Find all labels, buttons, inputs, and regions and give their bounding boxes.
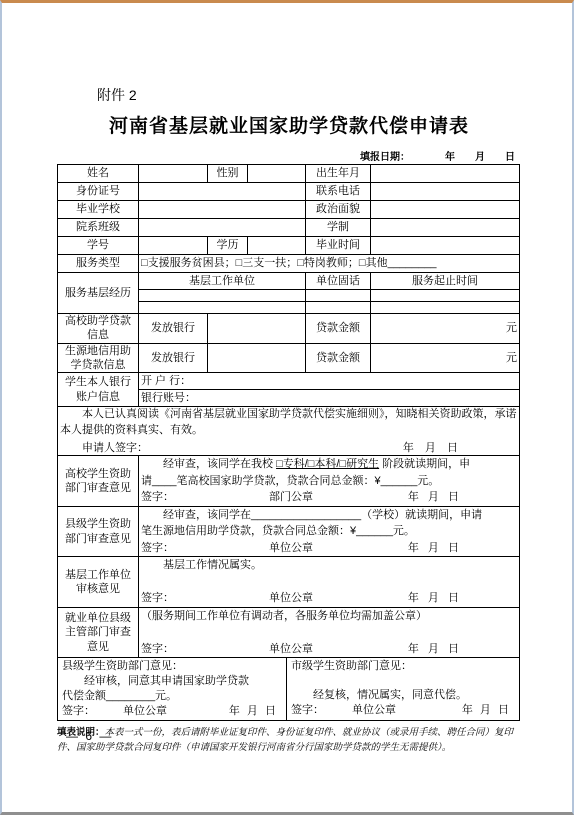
degree-checkbox-options: □专科/□本科/□研究生 <box>276 458 379 470</box>
sign-label: 签字： <box>291 703 324 718</box>
date-label: 年 月 日 <box>229 704 278 719</box>
row-origin-loan: 生源地信用助学贷款信息 发放银行 贷款金额 元 <box>58 343 520 373</box>
pledge-sign-line: 申请人签字： 年 月 日 <box>60 441 517 455</box>
student-no-label: 学号 <box>58 237 139 255</box>
sign-label: 签字： <box>62 704 95 719</box>
final-county-opinion: 县级学生资助部门意见： 经审核，同意其申请国家助学贷款 代偿金额________… <box>58 658 287 720</box>
document-page: 附件 2 河南省基层就业国家助学贷款代偿申请表 填报日期： 年 月 日 姓名 性… <box>0 0 574 815</box>
college-loan-amount-value-cell: 元 <box>371 314 520 344</box>
phone-value-cell <box>371 183 520 201</box>
student-no-value-cell <box>139 237 208 255</box>
date-label: 年 月 日 <box>462 703 511 718</box>
gender-label: 性别 <box>208 165 248 183</box>
origin-loan-amount-value-cell: 元 <box>371 343 520 373</box>
row-name-gender-birth: 姓名 性别 出生年月 <box>58 165 520 183</box>
final-city-opinion: 市级学生资助部门意见： 经复核，情况属实，同意代偿。 签字： 单位公章 年 月 … <box>287 658 519 720</box>
final-county-sign-line: 签字： 单位公章 年 月 日 <box>62 704 282 719</box>
college-loan-amount-label: 贷款金额 <box>306 314 371 344</box>
birth-label: 出生年月 <box>306 165 371 183</box>
pledge-text: 本人已认真阅读《河南省基层就业国家助学贷款代偿实施细则》，知晓相关资助政策，承诺… <box>60 407 517 439</box>
origin-loan-bank-value-cell <box>208 343 306 373</box>
review-county-sign-line: 签字： 单位公章 年 月 日 <box>141 540 517 557</box>
review-unit-label: 基层工作单位审核意见 <box>58 557 139 608</box>
final-opinions-cell: 县级学生资助部门意见： 经审核，同意其申请国家助学贷款 代偿金额________… <box>58 658 520 721</box>
degree-label: 学历 <box>208 237 248 255</box>
degree-value-cell <box>248 237 306 255</box>
department-label: 院系班级 <box>58 219 139 237</box>
account-bank-line: 开 户 行： <box>139 373 520 390</box>
duration-label: 学制 <box>306 219 371 237</box>
sign-label: 签字： <box>141 540 174 557</box>
birth-value-cell <box>371 165 520 183</box>
page-title: 河南省基层就业国家助学贷款代偿申请表 <box>57 111 521 138</box>
row-final-opinions: 县级学生资助部门意见： 经审核，同意其申请国家助学贷款 代偿金额________… <box>58 658 520 721</box>
review-county-content: 经审查，该同学在__________________（学校）就读期间，申请 笔生… <box>139 506 520 557</box>
unit-phone-value-cell-2 <box>306 302 371 314</box>
phone-label: 联系电话 <box>306 183 371 201</box>
row-service-exp-header: 服务基层经历 基层工作单位 单位固话 服务起止时间 <box>58 273 520 290</box>
seal-label: 单位公章 <box>352 703 396 718</box>
political-value-cell <box>371 201 520 219</box>
service-type-label: 服务类型 <box>58 255 139 273</box>
date-label: 年 月 日 <box>408 540 462 557</box>
row-pledge: 本人已认真阅读《河南省基层就业国家助学贷款代偿实施细则》，知晓相关资助政策，承诺… <box>58 407 520 456</box>
seal-label: 单位公章 <box>269 641 313 658</box>
date-label: 年 月 日 <box>408 641 462 658</box>
footnote-text: 本表一式一份，表后请附毕业证复印件、身份证复印件、就业协议（或录用手续、聘任合同… <box>57 727 513 753</box>
application-form-table: 姓名 性别 出生年月 身份证号 联系电话 毕业学校 政治面貌 院系班级 <box>57 164 520 721</box>
row-review-college: 高校学生资助部门审查意见 经审查，该同学在我校 □专科/□本科/□研究生 阶段就… <box>58 456 520 507</box>
review-supervisor-line1: （服务期间工作单位有调动者，各服务单位均需加盖公章） <box>141 608 517 625</box>
origin-loan-amount-label: 贷款金额 <box>306 343 371 373</box>
account-info-label: 学生本人银行账户信息 <box>58 373 139 407</box>
grad-time-value-cell <box>371 237 520 255</box>
unit-phone-column-header: 单位固话 <box>306 273 371 290</box>
sign-label: 签字： <box>141 641 174 658</box>
seal-label: 单位公章 <box>269 540 313 557</box>
id-number-label: 身份证号 <box>58 183 139 201</box>
final-county-title: 县级学生资助部门意见： <box>62 659 282 674</box>
review-unit-spacer <box>141 574 517 591</box>
review-college-content: 经审查，该同学在我校 □专科/□本科/□研究生 阶段就读期间，申 请____笔高… <box>139 456 520 507</box>
row-review-supervisor: 就业单位县级主管部门审查意见 （服务期间工作单位有调动者，各服务单位均需加盖公章… <box>58 607 520 658</box>
footnote: 填表说明：本表一式一份，表后请附毕业证复印件、身份证复印件、就业协议（或录用手续… <box>57 725 519 755</box>
origin-loan-label: 生源地信用助学贷款信息 <box>58 343 139 373</box>
duration-value-cell <box>371 219 520 237</box>
review-supervisor-sign-line: 签字： 单位公章 年 月 日 <box>141 641 517 658</box>
service-exp-label: 服务基层经历 <box>58 273 139 314</box>
row-account-bank: 学生本人银行账户信息 开 户 行： <box>58 373 520 390</box>
final-county-line2: 代偿金额________元。 <box>62 689 282 704</box>
applicant-sign-label: 申请人签字： <box>82 441 148 455</box>
service-type-options: □支援服务贫困县；□三支一扶；□特岗教师；□其他________ <box>139 255 520 273</box>
page-content: 附件 2 河南省基层就业国家助学贷款代偿申请表 填报日期： 年 月 日 姓名 性… <box>57 85 521 756</box>
work-unit-value-cell-1 <box>139 290 306 302</box>
grad-school-label: 毕业学校 <box>58 201 139 219</box>
pledge-date: 年 月 日 <box>403 441 462 455</box>
review-college-label: 高校学生资助部门审查意见 <box>58 456 139 507</box>
sign-label: 签字： <box>141 590 174 607</box>
final-city-sign-line: 签字： 单位公章 年 月 日 <box>291 703 515 718</box>
final-county-line1: 经审核，同意其申请国家助学贷款 <box>62 674 282 689</box>
service-period-value-cell-2 <box>371 302 520 314</box>
work-unit-value-cell-2 <box>139 302 306 314</box>
review-supervisor-spacer <box>141 624 517 641</box>
grad-time-label: 毕业时间 <box>306 237 371 255</box>
id-number-value-cell <box>139 183 306 201</box>
review-college-line1: 经审查，该同学在我校 □专科/□本科/□研究生 阶段就读期间，申 <box>141 456 517 473</box>
sign-label: 签字： <box>141 489 174 506</box>
final-city-title: 市级学生资助部门意见： <box>291 659 515 674</box>
final-opinions-wrap: 县级学生资助部门意见： 经审核，同意其申请国家助学贷款 代偿金额________… <box>58 658 519 720</box>
review-county-line2: 笔生源地信用助学贷款，贷款合同总金额：¥______元。 <box>141 523 517 540</box>
row-studentno-degree-gradtime: 学号 学历 毕业时间 <box>58 237 520 255</box>
college-loan-bank-label: 发放银行 <box>139 314 208 344</box>
review-county-label: 县级学生资助部门审查意见 <box>58 506 139 557</box>
row-review-unit: 基层工作单位审核意见 基层工作情况属实。 签字： 单位公章 年 月 日 <box>58 557 520 608</box>
review-college-sign-line: 签字： 部门公章 年 月 日 <box>141 489 517 506</box>
name-value-cell <box>139 165 208 183</box>
grad-school-value-cell <box>139 201 306 219</box>
account-number-line: 银行账号： <box>139 390 520 407</box>
political-label: 政治面貌 <box>306 201 371 219</box>
final-city-line1: 经复核，情况属实，同意代偿。 <box>291 688 515 703</box>
origin-loan-bank-label: 发放银行 <box>139 343 208 373</box>
unit-phone-value-cell-1 <box>306 290 371 302</box>
college-loan-label: 高校助学贷款信息 <box>58 314 139 344</box>
review-supervisor-label: 就业单位县级主管部门审查意见 <box>58 607 139 658</box>
fill-date-line: 填报日期： 年 月 日 <box>57 148 521 163</box>
review-supervisor-content: （服务期间工作单位有调动者，各服务单位均需加盖公章） 签字： 单位公章 年 月 … <box>139 607 520 658</box>
final-city-spacer <box>291 674 515 688</box>
row-college-loan: 高校助学贷款信息 发放银行 贷款金额 元 <box>58 314 520 344</box>
review-county-line1: 经审查，该同学在__________________（学校）就读期间，申请 <box>141 507 517 524</box>
name-label: 姓名 <box>58 165 139 183</box>
date-label: 年 月 日 <box>408 489 462 506</box>
work-unit-column-header: 基层工作单位 <box>139 273 306 290</box>
date-label: 年 月 日 <box>408 590 462 607</box>
pledge-cell: 本人已认真阅读《河南省基层就业国家助学贷款代偿实施细则》，知晓相关资助政策，承诺… <box>58 407 520 456</box>
row-school-political: 毕业学校 政治面貌 <box>58 201 520 219</box>
row-service-type: 服务类型 □支援服务贫困县；□三支一扶；□特岗教师；□其他________ <box>58 255 520 273</box>
seal-label: 单位公章 <box>269 590 313 607</box>
row-id-phone: 身份证号 联系电话 <box>58 183 520 201</box>
attachment-label: 附件 2 <box>97 85 521 105</box>
row-review-county: 县级学生资助部门审查意见 经审查，该同学在__________________（… <box>58 506 520 557</box>
review-college-line2: 请____笔高校国家助学贷款，贷款合同总金额：¥______元。 <box>141 473 517 490</box>
seal-label: 单位公章 <box>123 704 167 719</box>
review-unit-sign-line: 签字： 单位公章 年 月 日 <box>141 590 517 607</box>
service-period-value-cell-1 <box>371 290 520 302</box>
review-unit-content: 基层工作情况属实。 签字： 单位公章 年 月 日 <box>139 557 520 608</box>
service-period-column-header: 服务起止时间 <box>371 273 520 290</box>
department-value-cell <box>139 219 306 237</box>
college-loan-bank-value-cell <box>208 314 306 344</box>
gender-value-cell <box>248 165 306 183</box>
review-unit-line1: 基层工作情况属实。 <box>141 557 517 574</box>
page-number: — 6 — <box>66 729 113 743</box>
seal-label: 部门公章 <box>269 489 313 506</box>
row-department-duration: 院系班级 学制 <box>58 219 520 237</box>
